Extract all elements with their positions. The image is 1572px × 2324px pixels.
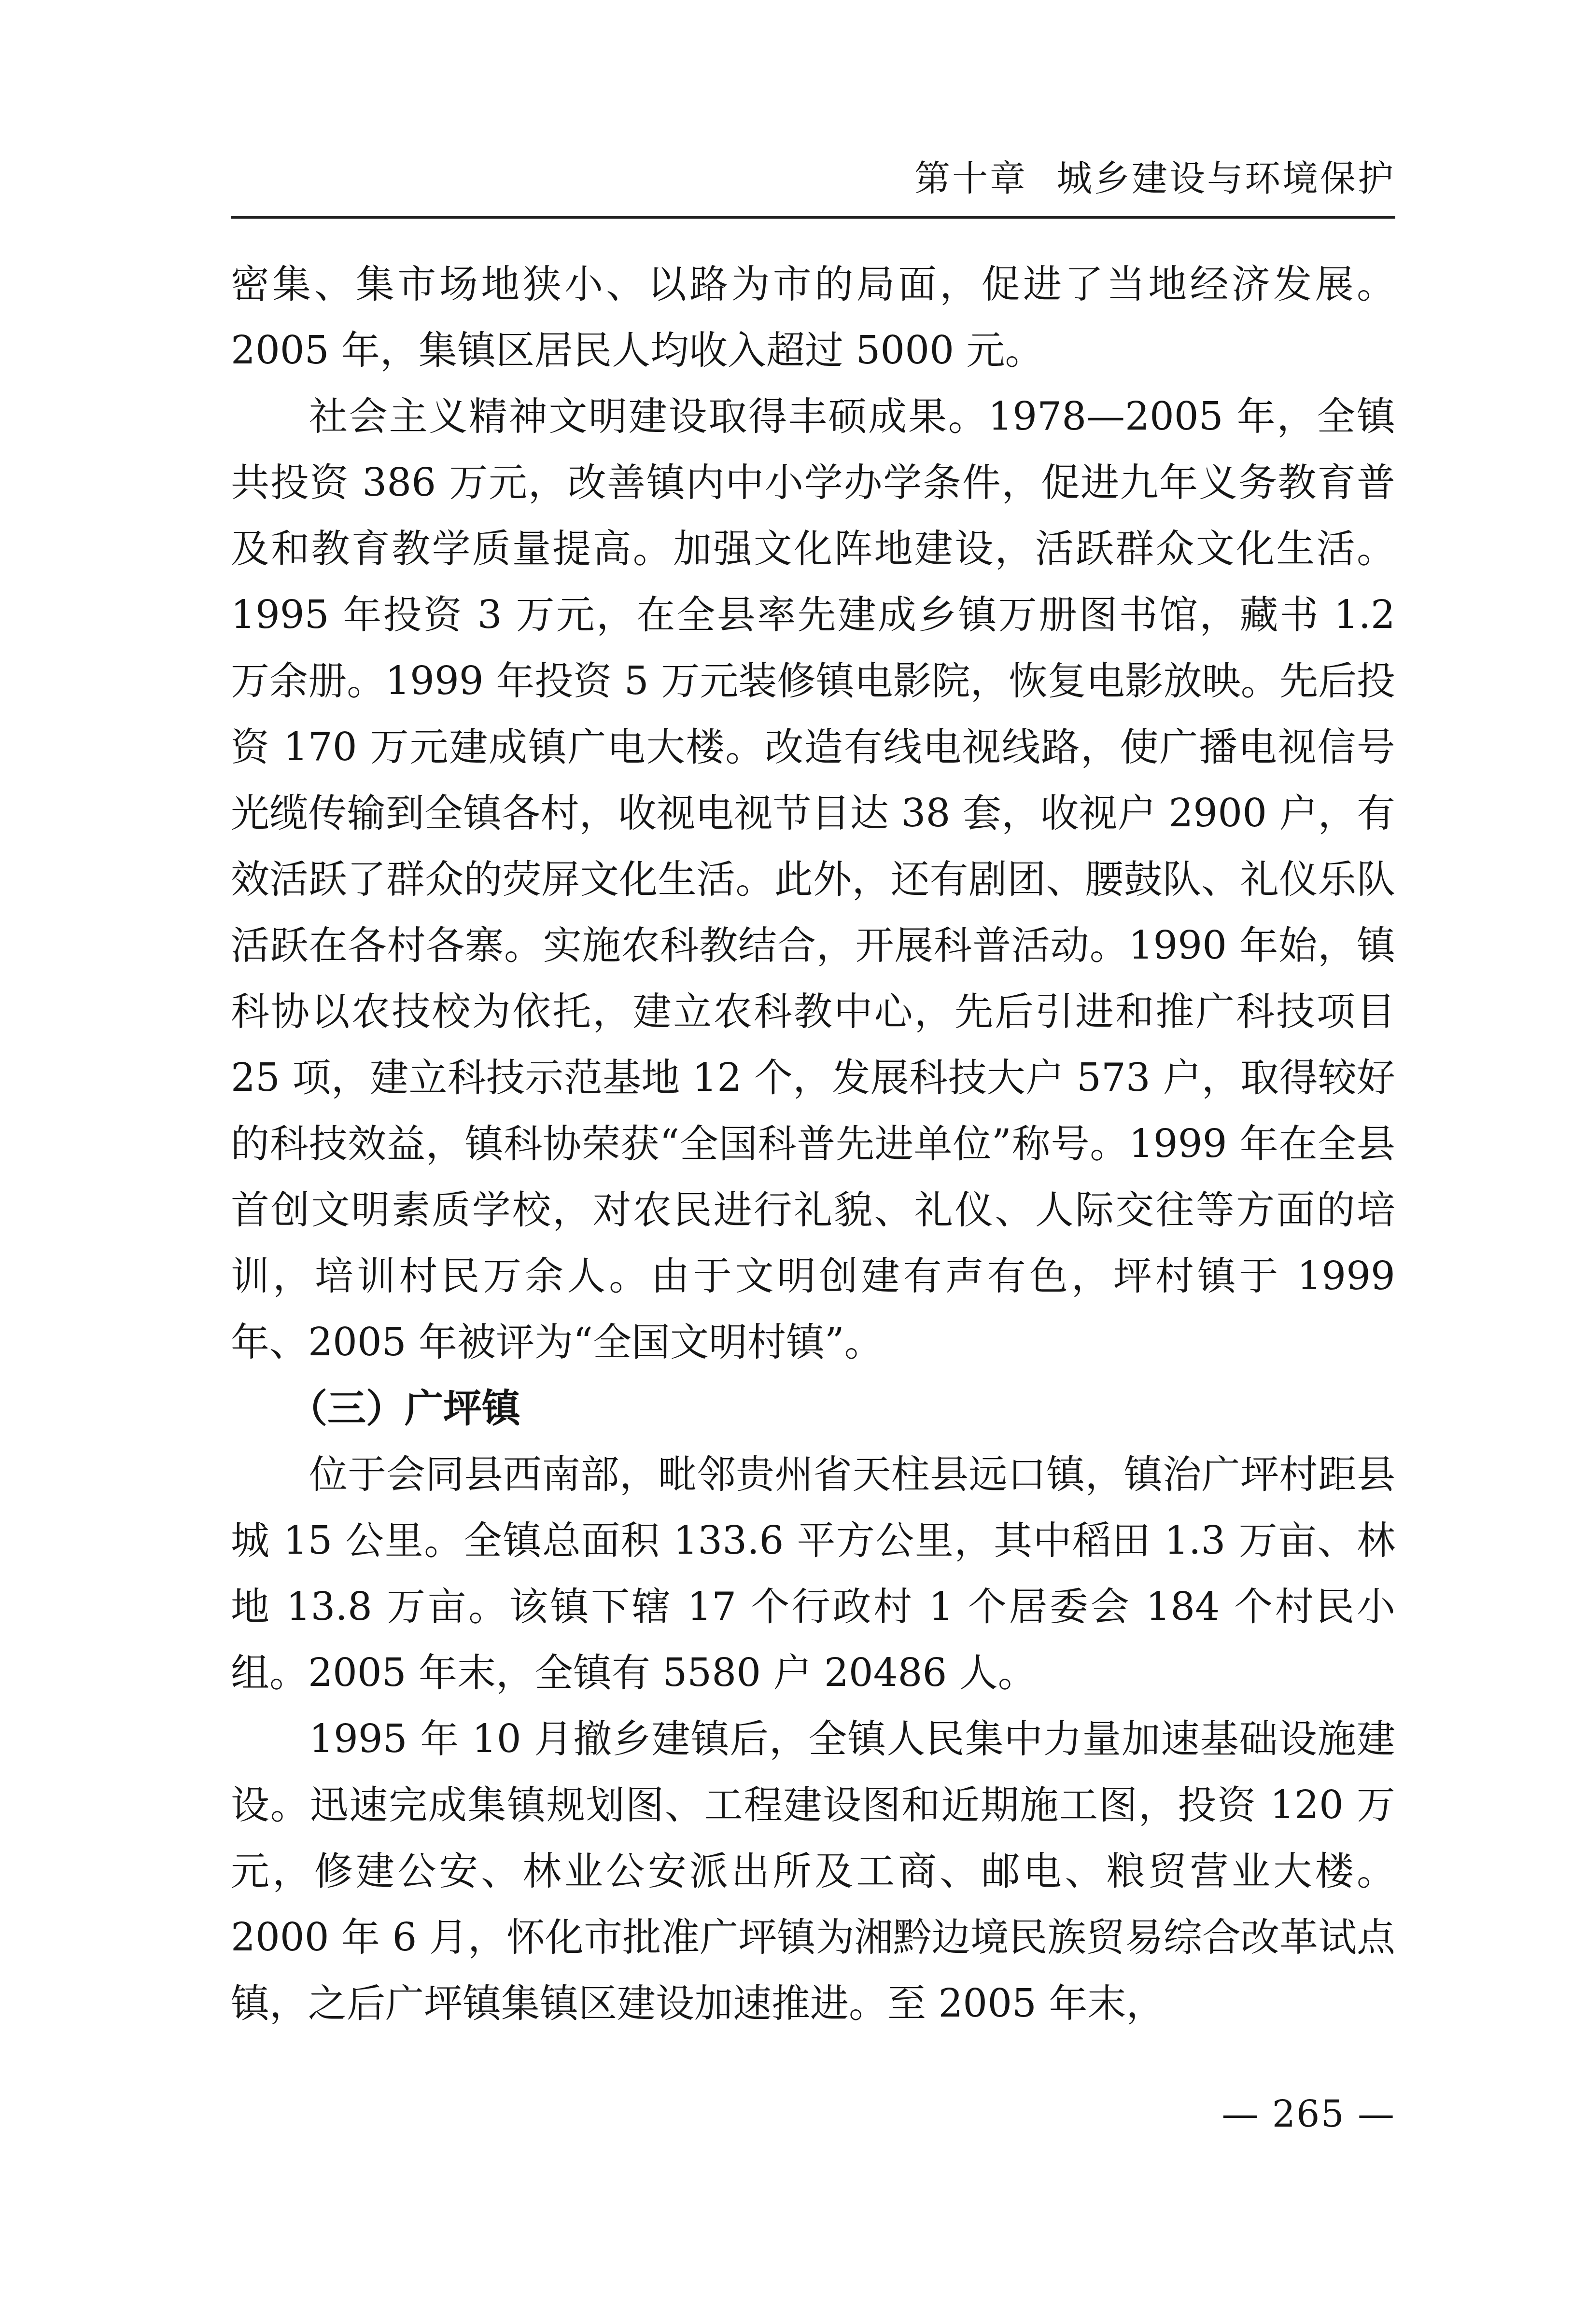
chapter-title: 城乡建设与环境保护 xyxy=(1056,158,1395,199)
header-rule xyxy=(231,216,1395,219)
chapter-label: 第十章 xyxy=(914,158,1027,199)
paragraph-guangping-overview: 位于会同县西南部，毗邻贵州省天柱县远口镇，镇治广坪村距县城 15 公里。全镇总面… xyxy=(231,1441,1395,1706)
running-header: 第十章城乡建设与环境保护 xyxy=(231,154,1395,203)
section-heading: （三）广坪镇 xyxy=(231,1375,1395,1441)
paragraph-continuation: 密集、集市场地狭小、以路为市的局面，促进了当地经济发展。2005 年，集镇区居民… xyxy=(231,251,1395,383)
paragraph-guangping-construction: 1995 年 10 月撤乡建镇后，全镇人民集中力量加速基础设施建设。迅速完成集镇… xyxy=(231,1706,1395,2036)
body-text: 密集、集市场地狭小、以路为市的局面，促进了当地经济发展。2005 年，集镇区居民… xyxy=(231,251,1395,2036)
page-number: — 265 — xyxy=(1135,2090,1395,2138)
paragraph-spiritual-civilization: 社会主义精神文明建设取得丰硕成果。1978—2005 年，全镇共投资 386 万… xyxy=(231,383,1395,1375)
